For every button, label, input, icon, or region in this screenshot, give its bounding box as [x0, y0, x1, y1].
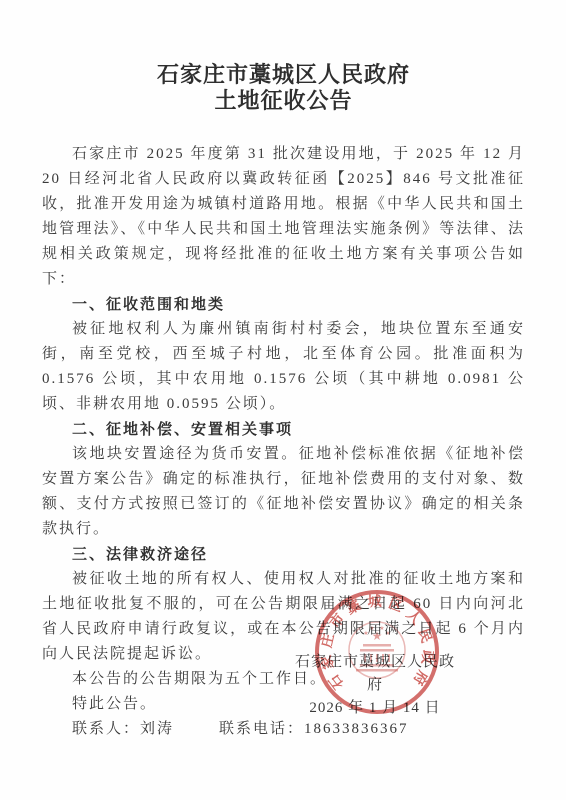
title-subject-line: 土地征收公告: [42, 88, 525, 114]
section-2-body: 该地块安置途径为货币安置。征地补偿标准依据《征地补偿安置方案公告》确定的标准执行…: [42, 442, 525, 542]
contact-person: 联系人：刘涛: [72, 717, 219, 742]
intro-paragraph: 石家庄市 2025 年度第 31 批次建设用地，于 2025 年 12 月 20…: [42, 142, 525, 292]
document-content: 石家庄市藁城区人民政府 土地征收公告 石家庄市 2025 年度第 31 批次建设…: [42, 62, 525, 742]
contact-person-label: 联系人：: [72, 721, 140, 737]
signature-issuer: 石家庄市藁城区人民政府: [290, 651, 460, 697]
section-1-heading: 一、征收范围和地类: [42, 292, 525, 317]
document-title: 石家庄市藁城区人民政府 土地征收公告: [42, 62, 525, 114]
signature-block: 石家庄市藁城区人民政府 2026 年 1 月 14 日: [290, 651, 460, 720]
contact-phone-number: 18633836367: [304, 721, 409, 737]
contact-person-name: 刘涛: [140, 721, 174, 737]
signature-date: 2026 年 1 月 14 日: [290, 697, 460, 720]
contact-phone: 联系电话：18633836367: [219, 717, 409, 742]
section-1-body: 被征地权利人为廉州镇南街村村委会，地块位置东至通安街，南至党校，西至城子村地，北…: [42, 317, 525, 417]
announcement-page: 石家庄市藁城区人民政府 土地征收公告 石家庄市 2025 年度第 31 批次建设…: [0, 0, 566, 800]
section-2-heading: 二、征地补偿、安置相关事项: [42, 417, 525, 442]
contact-phone-label: 联系电话：: [219, 721, 304, 737]
section-3-heading: 三、法律救济途径: [42, 542, 525, 567]
title-issuer-line: 石家庄市藁城区人民政府: [42, 62, 525, 88]
contact-row: 联系人：刘涛联系电话：18633836367: [42, 717, 525, 742]
